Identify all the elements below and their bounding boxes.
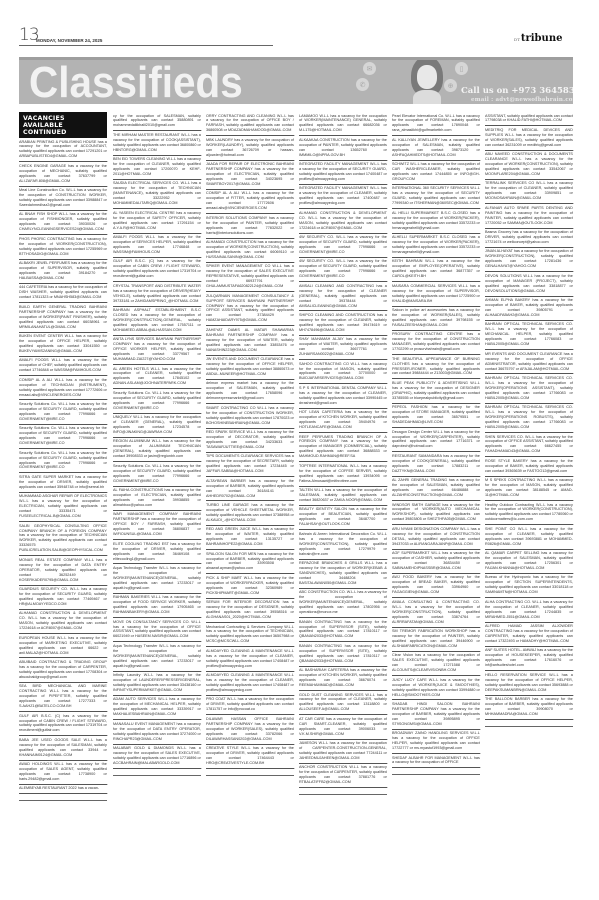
classified-ad: ALEMBEYAB RESTAURANT 2022 has a vacan- [19, 785, 107, 794]
call-us-text: Call us on +973 36458394 [461, 86, 573, 96]
classified-ad: ARU NYAMI DESIGNATION COMPANY W.L.L has … [392, 525, 480, 549]
classified-ad: PHOS PHORIC CONTRACTING has a vacancy fo… [19, 235, 107, 259]
classified-ad: THE MIRHAM MASTER RESTAURANT W.L.L has a… [113, 131, 201, 155]
classified-ad: ZULQARNAIN MANAGEMENT CONSULTANCY & SUPP… [206, 292, 294, 326]
logo-text: tribune [521, 33, 563, 44]
classified-ad: HOT LEAN CAFETERIA has a vacancy for the… [299, 409, 387, 433]
classified-ad: BAHRAIN ASPHALT ESTABLISHMENT B.S.C CLOS… [113, 307, 201, 336]
classified-ad: 4W SECURITY CO. W.L.L has a vacancy for … [299, 258, 387, 282]
classified-ad: SPALOON SALON FOR MEN has a vacancy for … [206, 550, 294, 574]
classified-ad: AMALFI FOODS W.L.L has a vacancy for the… [19, 357, 107, 376]
classified-ad: MOVE ON CONSULTANCY SERVICES CO. W.L.L h… [113, 618, 201, 642]
banner-title: Classifieds [29, 60, 243, 104]
classified-ad: BABA JEE USED GOODS SALE W.L.L has a vac… [19, 736, 107, 760]
classified-ad: ELITE COOLING TRADING EST has a vacancy … [113, 540, 201, 564]
classified-ad: REGION ALUMINIUM W.L.L has a vacancy for… [113, 438, 201, 462]
classified-ad: MAISARA COMMERCIAL SERVICES W.L.L has a … [392, 282, 480, 306]
classified-ad: ANCHOR CONSTRUCTION W.L.L has a vacancy … [299, 764, 387, 788]
classified-ad: BLUE PEAK PUBLICITY & ADVERTISING W.L.L … [392, 379, 480, 403]
classifieds-banner: Classifieds ✉ ✆ ▯ ⊕ Call us on +973 3645… [19, 57, 573, 104]
classified-ad: ALMOAYYED CLEANING & MAINTENANCE W.L.L h… [206, 647, 294, 671]
classified-ad: JAADA FOR REPAIR OF ELECTRONIC BAHRAINI … [206, 161, 294, 190]
classified-ad: Security Solutions Co. W.L.L has a vacan… [19, 400, 107, 424]
classified-ad: Meal Line Construction Co. W.L.L has a v… [19, 187, 107, 211]
classified-ad: SPIKER EVENT MANAGEMENT CO W.L.L has a v… [206, 263, 294, 292]
email-icon: ✉ [363, 62, 376, 75]
classified-ad: BUKEN EVENT CENTER W.L.L has a vacancy f… [19, 333, 107, 357]
classified-ad: TURBO LINE GARAGE has a vacancy for the … [206, 501, 294, 525]
classified-ad: EUROPEAN HOUSE W.L.L has a vacancy for t… [19, 634, 107, 658]
classified-ad: RED AND GREEN JUICE W.L.L has a vacancy … [206, 526, 294, 550]
classified-ad: TERRALINK SERVICES CO W.L.L has a vacanc… [485, 180, 573, 204]
classified-ad: 444 CAFETERIA has a vacancy for the occu… [19, 284, 107, 303]
classified-ad: Aqua Technology Transfer W.L.L has a vac… [113, 564, 201, 593]
classified-columns: VACANCIES AVAILABLE CONTINUED ARABIAN PR… [19, 112, 574, 882]
column-2: cy for the occupation of SALESMAN, suita… [113, 112, 201, 776]
ad-list: ARABIAN PRINTING & PUBLISHING HOUSE has … [19, 138, 107, 801]
classified-ad: THE BEAUTIFUL APPEARANCE OF BURNING CLOT… [392, 355, 480, 379]
classified-ad: SALBI GEOPHYSICAL CONSULTING OFFICE COMP… [19, 522, 107, 556]
classified-ad: ALMOAYYED CLEANING & MAINTENANCE W.L.L h… [206, 672, 294, 696]
classified-ad: ALBAKRI JEWEL PERFUMES has a vacancy for… [19, 260, 107, 284]
classified-ad: DILAWAR HASSAN OFFICE BAHRAINI PARTNERSH… [206, 715, 294, 744]
classified-ad: SHEN SERVICES CO. W.L.L has a vacancy fo… [485, 433, 573, 457]
classified-ad: RED SPARK SERVICE W.L.L has a vacancy fo… [206, 429, 294, 453]
ad-list: cy for the occupation of SALESMAN, suita… [113, 112, 201, 776]
classified-ad: TIPS DOCUMENTS CLEARANCE SERVICES has a … [206, 453, 294, 477]
classified-ad: BAHRAIN OPTICAL TECHNICAL SERVICES CO. W… [485, 321, 573, 350]
classified-ad: SHIPCO CLEANING AND CONSTRUCTION has a v… [299, 311, 387, 335]
classified-ad: ALFANAR AUTO SPARE PARTS DENTING AND PAI… [485, 204, 573, 228]
classified-ad: SHAY MAHAMAH ALJAY has a vacancy for the… [299, 336, 387, 360]
column-end-rule [392, 774, 480, 775]
classified-ad: ALHAMAD CONSTRUCTION & DEVELOPMENT CO. W… [299, 209, 387, 233]
classified-ad: ROSE STYLE BAKERY has a vacancy for the … [485, 457, 573, 476]
column-end-rule [19, 800, 107, 801]
classified-ad: ASSISTANT, suitably qualified applicants… [485, 112, 573, 126]
classified-ad: ALHAMADI CONSTRUCTION has a vacancy for … [206, 239, 294, 263]
classified-ad: AGF SUPERMARKET W.L.L has a vacancy for … [392, 550, 480, 574]
classified-ad: INTEGRATED FACILITY MANAGEMENT W.L.L has… [299, 185, 387, 209]
classified-ad: MONAS REAL ESTATE COMPANY W.L.L has a va… [19, 556, 107, 585]
classified-ad: ALHAMAD CONSTRUCTION & DEVELOPMENT CO. W… [19, 610, 107, 634]
classified-ad: CREATIVE STYLE W.L.L has a vacancy for t… [206, 745, 294, 769]
email-contact-text: email : advt@newsofbahrain.com [471, 97, 573, 103]
classified-ad: AL FAIHA CONSTRUCTIONS has a vacancy for… [113, 487, 201, 511]
classified-ad: GULF AIR B.S.C. (C) has a vacancy for th… [19, 712, 107, 736]
classified-ad: INTEGRATED FACILITY MANAGEMENT W.L.L has… [299, 161, 387, 185]
classified-ad: AL BNAH FISH SHOP W.L.L has a vacancy fo… [19, 211, 107, 235]
ad-list: LAMAMOO W.L.L has a vacancy for the occu… [299, 112, 387, 795]
classified-ad: Security Solutions Co. W.L.L has a vacan… [113, 462, 201, 486]
classified-ad: Healthy Outdoor Contracting W.L.L has a … [485, 501, 573, 525]
classified-ad: Security Solutions Co. W.L.L has a vacan… [19, 425, 107, 449]
classified-ad: Mechanical Contracting & Services Compan… [206, 623, 294, 647]
mobile-icon: ▯ [455, 62, 468, 75]
classified-ad: RAHMAN BAKERIES W.L.L has a vacancy for … [113, 594, 201, 618]
classified-ad: AL HELLI SUPERMARKET B.S.C CLOSED has a … [392, 209, 480, 233]
mascot-illustration [408, 57, 446, 104]
classified-ad: AL AREEN HOTELS W.L.L has a vacancy for … [113, 365, 201, 389]
classified-ad: WAFI MANAGEMENT COMPANY BAHRAINI PARTNER… [113, 511, 201, 540]
classified-ad: ALHA CONTRACTING CO. W.L.L has a vacancy… [485, 598, 573, 622]
classified-ad: S P S INTERNATIONAL DENTAL COMPANY W.L.L… [299, 384, 387, 408]
classified-ad: JAMESON W.L.L has a vacancy for the occu… [299, 740, 387, 764]
classified-ad: MALABAR GOLD & DIAMONDS W.L.L has a vaca… [113, 745, 201, 769]
ad-list: ORRY CONTRACTING AND CLEANING W.L.L has … [206, 112, 294, 776]
classified-ad: AMALFI FOODS W.L.L has a vacancy for the… [113, 234, 201, 258]
classified-ad: ABU NAVEED CONSTRUCTION & DOCUMENTS CLEA… [485, 151, 573, 180]
classified-ad: ALKAAKAA CONSTRUCTION has a vacancy for … [299, 136, 387, 160]
classified-ad: PRO COAT W.L.L has a vacancy for the occ… [206, 696, 294, 715]
classified-ad: AHMAN ELPHA BAKERY has a vacancy for the… [485, 297, 573, 321]
classified-ad: SMART CONTRACTING CO W.L.L has a vacancy… [206, 404, 294, 428]
classified-ad: 4W SECURITY CO. W.L.L has a vacancy for … [299, 234, 387, 258]
classified-ad: CHECK ENGINE GARAGE has a vacancy for th… [19, 162, 107, 186]
classified-ad: AWAD HOLDINGS W.L.L has a vacancy for th… [19, 761, 107, 785]
column-end-rule [113, 775, 201, 776]
classified-ad: LAMAMOO W.L.L has a vacancy for the occu… [299, 112, 387, 136]
classified-ad: KEITH BAHRAIN W.L.L has a vacancy for th… [392, 258, 480, 282]
classified-ad: MUHAMMAD ASGHAR REPAIR OF ELECTRONICS W.… [19, 493, 107, 522]
classified-ad: COMSIP AL A ALI W.L.L has a vacancy for … [206, 190, 294, 214]
column-end-rule [485, 726, 573, 727]
classified-ad: CRYSTAL TRANSPORT AND DISTRIBUTE WATER h… [113, 282, 201, 306]
classified-ad: SM TREMOR FABRICATION WORKSHOP has a vac… [392, 628, 480, 652]
classified-ad: INTERIOR SOLUTIONS COMPANY has a vacancy… [206, 214, 294, 238]
classified-ad: JINAN ALHAYAT has a vacancy for the occu… [485, 248, 573, 272]
classified-ad: REPAZONE BRANCHES 8 GRILLS W.L.L has a v… [299, 560, 387, 589]
classified-ad: AT CAR CARE has a vacancy for the occupa… [299, 715, 387, 739]
classified-ad: AMALA CONSULTING & CONTRACTING CO. W.L.L… [392, 598, 480, 627]
classified-ad: ALTAYBEAN BARBER has a vacancy for the o… [206, 477, 294, 501]
newspaper-logo: DTtribune [514, 33, 562, 44]
classified-ad: SAHOO CONTRACTING CO W.L.L has a vacancy… [299, 360, 387, 384]
classified-ad: GOLD DUST CLEANING SERVICES W.L.L has a … [299, 691, 387, 715]
classified-ad: BUILD EARTH GENERAL TRADING BAHRAINI PAR… [19, 303, 107, 332]
classified-ad: INTERNATIONAL 360 SECURITY SERVICES W.L.… [392, 185, 480, 209]
classified-ad: MANASALU EVENT MANAGEMENT has a vacancy … [113, 720, 201, 744]
classified-ad: delmon express market has a vacancy for … [206, 380, 294, 404]
classified-ad: AWJ FOOD BAKERY has a vacancy for the oc… [392, 574, 480, 598]
classified-ad: ORRY CONTRACTING AND CLEANING W.L.L has … [206, 112, 294, 136]
classified-ad: cy for the occupation of SALESMAN, suita… [113, 112, 201, 131]
classified-ad: MBK LAUNDRY has a vacancy for the occupa… [206, 136, 294, 160]
classified-ad: AL QAMAR CARPET SELLING has a vacancy fo… [485, 550, 573, 574]
classified-ad: ANITA LYNS SERVICES BAHRAINI PARTNERSHIP… [113, 336, 201, 365]
column-6: ASSISTANT, suitably qualified applicants… [485, 112, 573, 727]
classified-ad: Clear Vision has a vacancy for the occup… [392, 652, 480, 676]
classified-ad: MR EVENTS AND DOCUMENT CLEARANCE has a v… [485, 350, 573, 374]
classified-ad: AL BASHARIAH CAFETERIA has a vacancy for… [299, 667, 387, 691]
classified-ad: BANAN CONTRACTING has a vacancy for the … [299, 642, 387, 666]
classified-ad: SITRA GATE SUPER MARKET has a vacancy fo… [19, 473, 107, 492]
masthead-rule [19, 45, 273, 46]
classified-ad: BANAN CONTRACTING has a vacancy for the … [299, 618, 387, 642]
globe-icon: ⊕ [444, 79, 457, 92]
section-header: VACANCIES AVAILABLE CONTINUED [19, 112, 107, 138]
classified-ad: BEN EID TOWERS CLEANING W.L.L has a vaca… [113, 156, 201, 180]
classified-ad: ZAHEYAT OAMIS AL MATAR SHAWARMA BAHRAINI… [206, 326, 294, 355]
logo-prefix: DT [514, 37, 520, 42]
phone-icon: ✆ [356, 78, 369, 91]
classified-ad: ALHELLI SUPERMARKET B.S.C CLOSED has a v… [392, 234, 480, 258]
classified-ad: Security Solutions Co. W.L.L has a vacan… [113, 389, 201, 413]
classified-ad: BAHRAIN OPTICAL TECHNICAL SERVICES CO. W… [485, 404, 573, 433]
classified-ad: SEA BIRD MECHANICAL AND MARINE CONTRACTI… [19, 683, 107, 712]
column-1: VACANCIES AVAILABLE CONTINUED ARABIAN PR… [19, 112, 107, 801]
classified-ad: WINDSOR SMITH GARAGE has a vacancy for t… [392, 501, 480, 525]
classified-ad: Pearl Elevator International Co. W.L.L h… [392, 112, 480, 136]
classified-ad: Saloon in police art accessories has a v… [392, 307, 480, 331]
classified-ad: COMSIP AL A ALI W.L.L has a vacancy for … [19, 376, 107, 400]
classified-ad: SCHWITZ W.L.L has a vacancy for the occu… [392, 161, 480, 185]
classified-ad: TOPTREE INTERNATIONAL W.L.L has a vacanc… [299, 462, 387, 486]
classified-ad: GUARDIUS SECURITY CO. W.L.L has a vacanc… [19, 586, 107, 610]
classified-ad: BEAUTY IDENTITY SALON has a vacancy for … [299, 506, 387, 530]
classified-ad: AL KALLIYAN JEWELLERY has a vacancy for … [392, 136, 480, 160]
classified-ad: Decagon Design Center W.L.L has a vacanc… [392, 428, 480, 452]
classified-ad: JUICY LUCY CAFE W.L.L has a vacancy for … [392, 676, 480, 700]
classified-ad: M S SPEKS CONTRACTING W.L.L has a vacanc… [485, 477, 573, 501]
column-end-rule [299, 794, 387, 795]
classified-ad: ADAM AUTO SERVICES W.L.L has a vacancy f… [113, 696, 201, 720]
classified-ad: Infinity Laundry W.L.L has a vacancy for… [113, 672, 201, 696]
classified-ad: ARABIAN PRINTING & PUBLISHING HOUSE has … [19, 138, 107, 162]
classified-ad: TALTEN W.L.L has a vacancy for the occup… [299, 487, 387, 506]
classified-ad: AMSALI CLEANING AND CONTRACTING has a va… [299, 282, 387, 311]
classified-ad: PICK & SHIP MART W.L.L has a vacancy for… [206, 574, 294, 598]
classified-ad: DEVON SOLUTIONS W.L.L has a vacancy for … [485, 272, 573, 296]
classified-ad: Aqua Technology Transfer W.L.L has a vac… [113, 642, 201, 671]
classified-ad: MEDITRIQ FOR MEDICAL DEVICES AND SUPPLIE… [485, 126, 573, 150]
classified-ad: Security Solutions Co. W.L.L has a vacan… [19, 449, 107, 473]
column-5: Pearl Elevator International Co. W.L.L h… [392, 112, 480, 775]
classified-ad: ABUIBAID CONTRACTING & TRADING GROUP has… [19, 658, 107, 682]
classified-ad: AL YASEEN ELECTRICAL CENTRE has a vacanc… [113, 209, 201, 233]
classified-ad: BAHRAIN OPTICAL TECHNICAL SERVICES CO. W… [485, 374, 573, 403]
classified-ad: RESTAURANT SAMANDARA has a vacancy for t… [392, 452, 480, 476]
classified-ad: Basma Grocery has a vacancy for the occu… [485, 229, 573, 248]
classified-ad: THE BALLOON BARBER has a vacancy for the… [485, 696, 573, 720]
classified-ad: SHADAB HINDI SALOON BAHRAINI PARTNERSHIP… [392, 700, 480, 729]
classified-ad: SHE POINT CO W.L.L has a vacancy for the… [485, 525, 573, 549]
classified-ad: ABC CONSTRUCTION CO. W.L.L has a vacancy… [299, 589, 387, 618]
column-4: LAMAMOO W.L.L has a vacancy for the occu… [299, 112, 387, 795]
classified-ad: BROADWAY ZAINO HANDLING SERVICES W.L.L h… [392, 730, 480, 754]
classified-ad: AL ZAHRI GENERAL TRADING has a vacancy f… [392, 477, 480, 501]
classified-ad: JW EVENTS AND DOCUMENT CLEARANCE has a v… [206, 356, 294, 380]
classified-ad: PROSURV CONTRACTING CENTRE has a vacancy… [392, 331, 480, 355]
classified-ad: HELLO RESERVATION SERVICE W.L.L has a va… [485, 671, 573, 695]
page-date: MONDAY, NOVEMBER 24, 2025 [36, 38, 102, 43]
ad-list: ASSISTANT, suitably qualified applicants… [485, 112, 573, 727]
classified-ad: ALFRED HAMAD JASSIM ALJOWDER CONTRACTING… [485, 623, 573, 647]
classified-ad: SHEDAF ALBAHR FOR MANAGEMENT W.L.L has a… [392, 754, 480, 768]
classified-ad: SAUDIA ELECTRICAL SERVICES CO. W.L.L has… [113, 180, 201, 209]
classified-ad: PEPEOL FASHION has a vacancy for the occ… [392, 404, 480, 428]
classified-ad: REEF PERFUMES TRADING BRANCH OF A FOREIG… [299, 433, 387, 462]
classified-ad: SERUM FOR INTERIOR DECORATION has a vaca… [206, 599, 294, 623]
classified-ad: UNIQUELY W.L.L has a vacancy for the occ… [113, 414, 201, 438]
column-end-rule [206, 775, 294, 776]
classified-ad: GULF AIR B.S.C. (C) has a vacancy for th… [113, 258, 201, 282]
classified-ad: Bureau of the Hydroponic has a vacancy f… [485, 574, 573, 598]
column-3: ORRY CONTRACTING AND CLEANING W.L.L has … [206, 112, 294, 776]
classified-ad: ANF SUITES HOTEL- AMWAJ has a vacancy fo… [485, 647, 573, 671]
classified-ad: Bahrain Al Areen International Decoratio… [299, 530, 387, 559]
ad-list: Pearl Elevator International Co. W.L.L h… [392, 112, 480, 775]
